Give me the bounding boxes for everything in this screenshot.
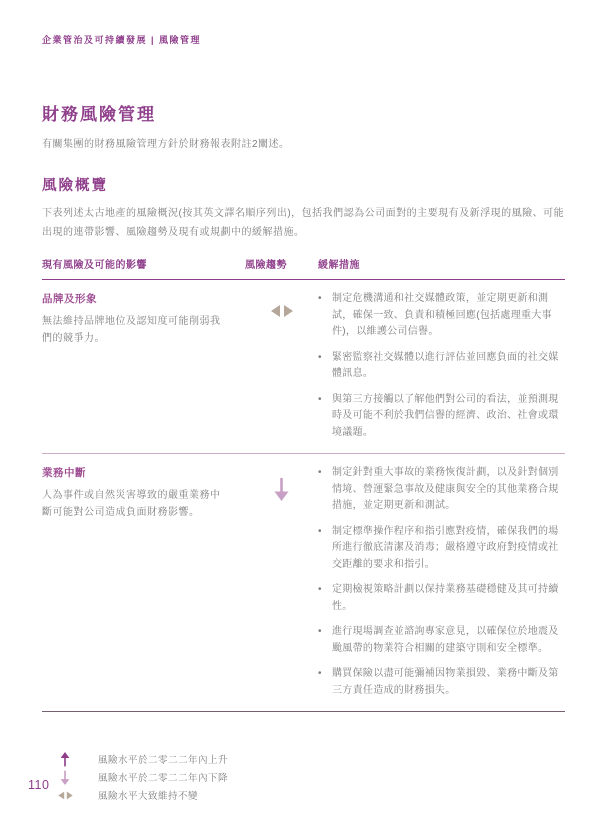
risk-description: 人為事件或自然災害導致的嚴重業務中斷可能對公司造成負面財務影響。 (42, 487, 245, 521)
legend-label: 風險水平於二零二二年內上升 (98, 752, 228, 766)
legend-item-increased: 風險水平於二零二二年內上升 (42, 750, 565, 768)
col-header-risk-impact: 現有風險及可能的影響 (42, 256, 245, 271)
up-arrow-icon (54, 752, 76, 767)
table-header-row: 現有風險及可能的影響 風險趨勢 緩解措施 (42, 256, 565, 280)
list-item: • 進行現場調查並諮詢專家意見，以確保位於地震及颱風帶的物業符合相關的建築守則和… (318, 624, 565, 657)
page-content: 企業管治及可持續發展 | 風險管理 財務風險管理 有關集團的財務風險管理方針於財… (42, 0, 565, 804)
mitigation-text: 緊密監察社交媒體以進行評估並回應負面的社交媒體訊息。 (332, 350, 565, 383)
page-title: 財務風險管理 (42, 100, 565, 125)
list-item: • 購買保險以盡可能彌補因物業損毀、業務中斷及第三方責任造成的財務損失。 (318, 666, 565, 699)
mitigation-list: • 制定針對重大事故的業務恢復計劃，以及針對個別情境、營運緊急事故及健康與安全的… (318, 465, 565, 699)
breadcrumb: 企業管治及可持續發展 | 風險管理 (42, 33, 565, 46)
list-item: • 制定危機溝通和社交媒體政策，並定期更新和測試，確保一致、負責和積極回應(包括… (318, 291, 565, 341)
legend-label: 風險水平於二零二二年內下降 (98, 770, 228, 784)
risk-description: 無法維持品牌地位及認知度可能削弱我們的競爭力。 (42, 313, 245, 347)
list-item: • 制定標準操作程序和指引應對疫情，確保我們的場所進行徹底清潔及消毒；嚴格遵守政… (318, 524, 565, 574)
left-right-arrows-icon (54, 790, 76, 801)
table-row: 業務中斷 人為事件或自然災害導致的嚴重業務中斷可能對公司造成負面財務影響。 • … (42, 454, 565, 712)
bullet-marker: • (318, 582, 332, 615)
risk-overview-intro-text: 下表列述太古地產的風險概況(按其英文譯名順序列出)，包括我們認為公司面對的主要現… (42, 204, 565, 242)
risk-cell-business-interruption: 業務中斷 人為事件或自然災害導致的嚴重業務中斷可能對公司造成負面財務影響。 (42, 465, 245, 699)
bullet-marker: • (318, 291, 332, 341)
trend-cell (245, 465, 318, 699)
mitigation-text: 定期檢視策略計劃以保持業務基礎穩健及其可持續性。 (332, 582, 565, 615)
col-header-risk-trend: 風險趨勢 (245, 256, 318, 271)
bullet-marker: • (318, 465, 332, 515)
risk-title: 業務中斷 (42, 465, 245, 480)
risk-title: 品牌及形象 (42, 291, 245, 306)
left-right-arrows-icon (269, 303, 295, 324)
page-number: 110 (28, 778, 49, 792)
bullet-marker: • (318, 392, 332, 442)
mitigation-text: 購買保險以盡可能彌補因物業損毀、業務中斷及第三方責任造成的財務損失。 (332, 666, 565, 699)
mitigation-text: 制定針對重大事故的業務恢復計劃，以及針對個別情境、營運緊急事故及健康與安全的其他… (332, 465, 565, 515)
list-item: • 緊密監察社交媒體以進行評估並回應負面的社交媒體訊息。 (318, 350, 565, 383)
legend-item-unchanged: 風險水平大致維持不變 (42, 786, 565, 804)
list-item: • 與第三方接觸以了解他們對公司的看法，並預測現時及可能不利於我們信譽的經濟、政… (318, 392, 565, 442)
risk-table: 現有風險及可能的影響 風險趨勢 緩解措施 品牌及形象 無法維持品牌地位及認知度可… (42, 256, 565, 712)
trend-cell (245, 291, 318, 441)
trend-legend: 風險水平於二零二二年內上升 風險水平於二零二二年內下降 風險水平大致維持不 (42, 750, 565, 804)
section-title-risk-overview: 風險概覽 (42, 174, 565, 195)
list-item: • 定期檢視策略計劃以保持業務基礎穩健及其可持續性。 (318, 582, 565, 615)
mitigation-text: 制定危機溝通和社交媒體政策，並定期更新和測試，確保一致、負責和積極回應(包括處理… (332, 291, 565, 341)
mitigation-text: 與第三方接觸以了解他們對公司的看法，並預測現時及可能不利於我們信譽的經濟、政治、… (332, 392, 565, 442)
legend-item-decreased: 風險水平於二零二二年內下降 (42, 768, 565, 786)
mitigation-text: 制定標準操作程序和指引應對疫情，確保我們的場所進行徹底清潔及消毒；嚴格遵守政府對… (332, 524, 565, 574)
mitigation-text: 進行現場調查並諮詢專家意見，以確保位於地震及颱風帶的物業符合相關的建築守則和安全… (332, 624, 565, 657)
finance-intro-text: 有關集團的財務風險管理方針於財務報表附註2闡述。 (42, 135, 565, 150)
down-arrow-icon (54, 770, 76, 785)
legend-label: 風險水平大致維持不變 (98, 788, 198, 802)
col-header-mitigation: 緩解措施 (318, 256, 565, 271)
bullet-marker: • (318, 624, 332, 657)
table-row: 品牌及形象 無法維持品牌地位及認知度可能削弱我們的競爭力。 • 制定危機溝通和社… (42, 280, 565, 454)
report-page: 企業管治及可持續發展 | 風險管理 財務風險管理 有關集團的財務風險管理方針於財… (0, 0, 600, 814)
bullet-marker: • (318, 524, 332, 574)
risk-cell-brand: 品牌及形象 無法維持品牌地位及認知度可能削弱我們的競爭力。 (42, 291, 245, 441)
bullet-marker: • (318, 666, 332, 699)
down-arrow-icon (273, 477, 290, 506)
mitigation-list: • 制定危機溝通和社交媒體政策，並定期更新和測試，確保一致、負責和積極回應(包括… (318, 291, 565, 441)
list-item: • 制定針對重大事故的業務恢復計劃，以及針對個別情境、營運緊急事故及健康與安全的… (318, 465, 565, 515)
bullet-marker: • (318, 350, 332, 383)
